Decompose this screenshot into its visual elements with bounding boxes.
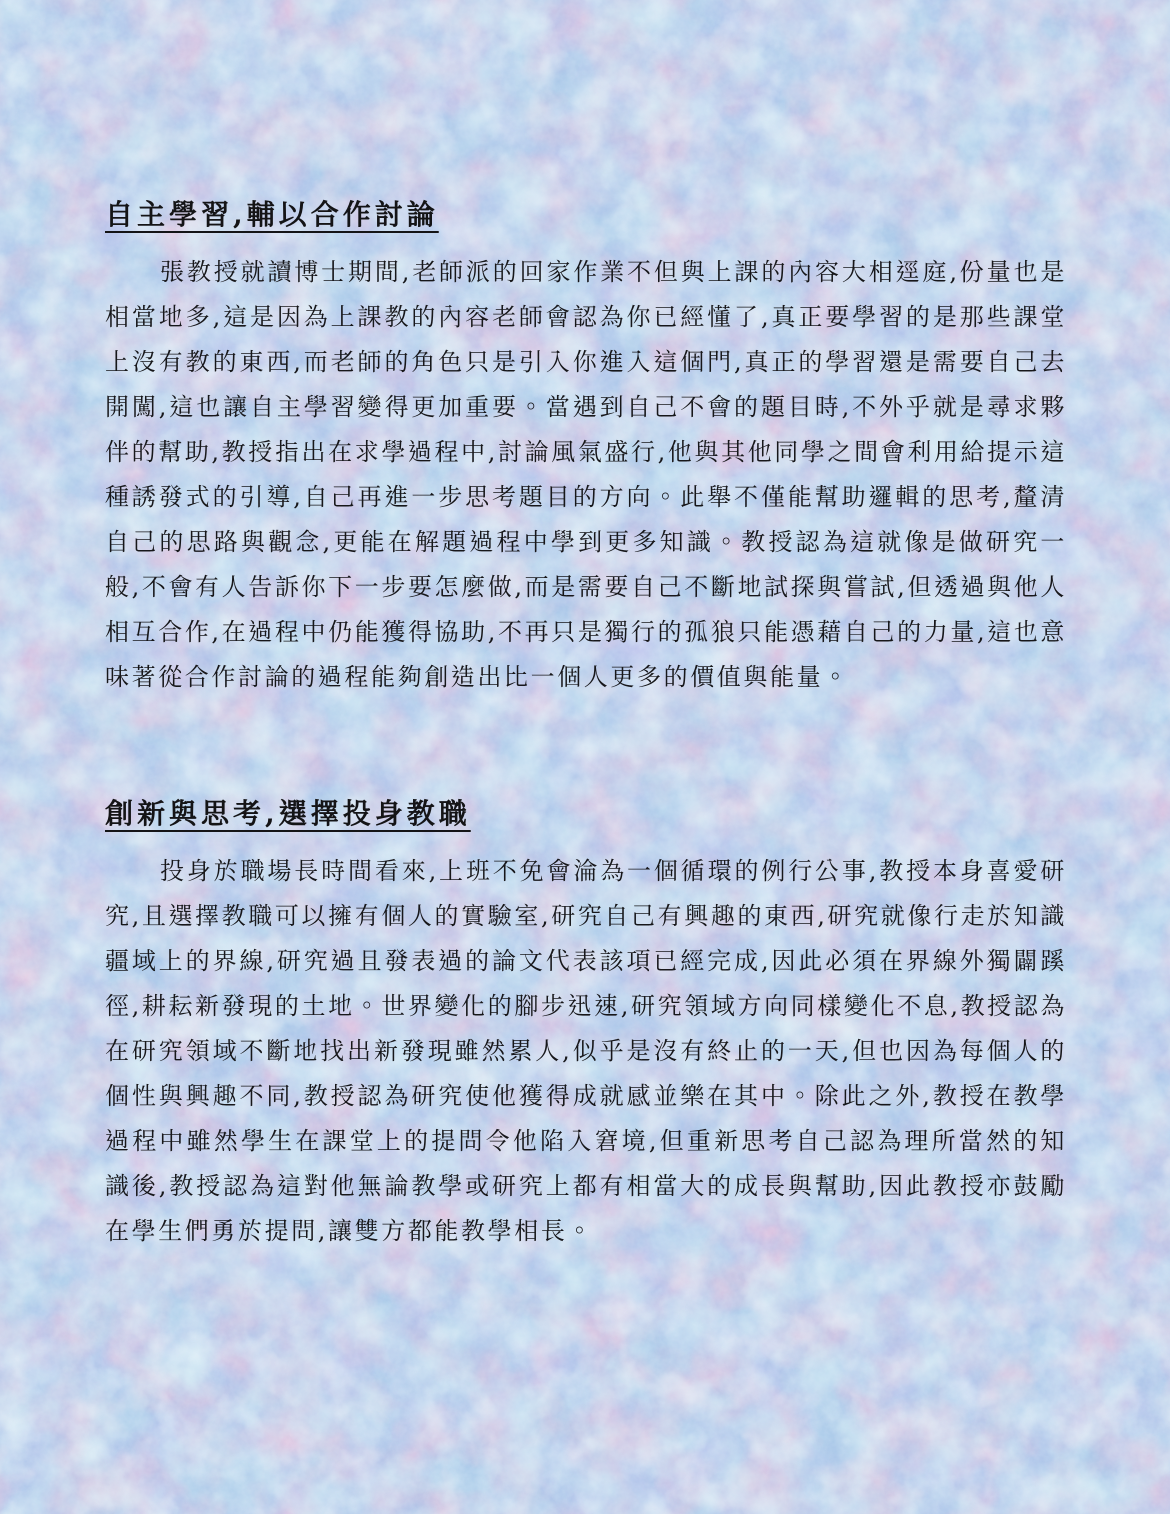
section-heading: 創新與思考,選擇投身教職 [105, 795, 1067, 833]
section-innovation-teaching-career: 創新與思考,選擇投身教職 投身於職場長時間看來,上班不免會淪為一個循環的例行公事… [105, 795, 1067, 1254]
body-paragraph: 張教授就讀博士期間,老師派的回家作業不但與上課的內容大相逕庭,份量也是相當地多,… [105, 250, 1067, 700]
body-paragraph: 投身於職場長時間看來,上班不免會淪為一個循環的例行公事,教授本身喜愛研究,且選擇… [105, 849, 1067, 1254]
section-gap [105, 700, 1067, 795]
document-page: 自主學習,輔以合作討論 張教授就讀博士期間,老師派的回家作業不但與上課的內容大相… [0, 0, 1170, 1514]
document-content: 自主學習,輔以合作討論 張教授就讀博士期間,老師派的回家作業不但與上課的內容大相… [105, 196, 1067, 1254]
section-heading: 自主學習,輔以合作討論 [105, 196, 1067, 234]
section-self-directed-learning: 自主學習,輔以合作討論 張教授就讀博士期間,老師派的回家作業不但與上課的內容大相… [105, 196, 1067, 700]
